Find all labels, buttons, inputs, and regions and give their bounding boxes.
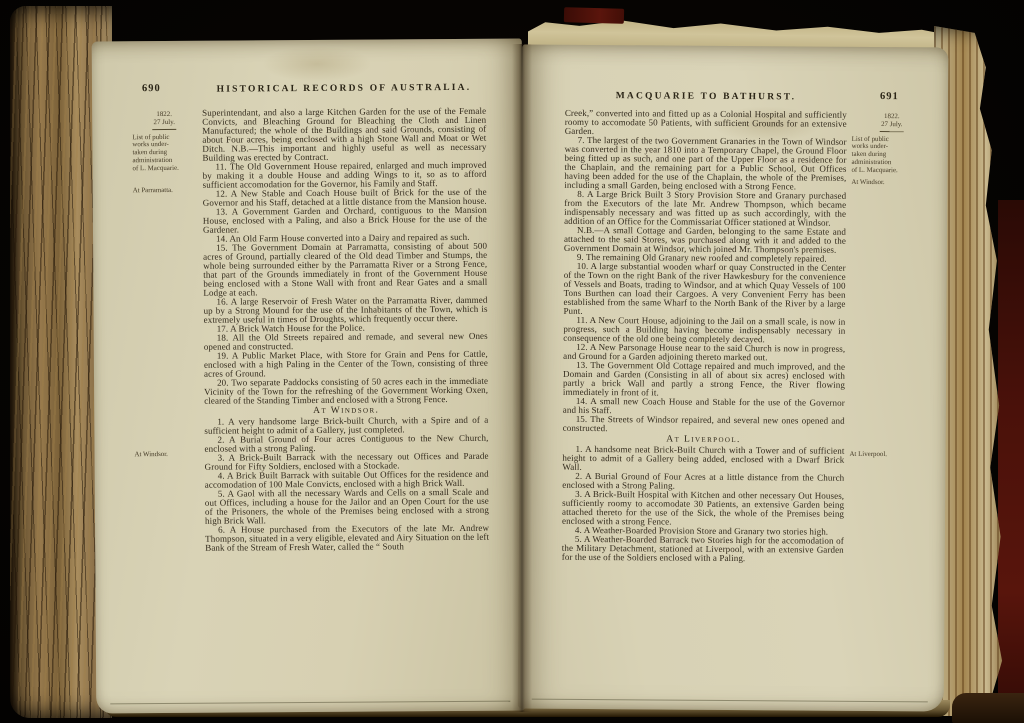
paragraph: 5. A Weather-Boarded Barrack two Stories…: [562, 535, 844, 564]
book-cover-headband: [564, 7, 624, 24]
margin-location-windsor: At Windsor.: [135, 451, 168, 458]
margin-date: 1822.27 July.: [132, 111, 196, 127]
right-page: 691 MACQUARIE TO BATHURST. 1822.27 July.…: [518, 45, 949, 712]
left-page: 690 HISTORICAL RECORDS OF AUSTRALIA. 182…: [92, 39, 527, 714]
paragraph: 3. A Brick-Built Hospital with Kitchen a…: [562, 490, 844, 528]
margin-note-line: of L. Macquarie.: [133, 165, 197, 173]
paragraph: 5. A Gaol with all the necessary Wards a…: [205, 488, 489, 526]
margin-location-parramatta: At Parramatta.: [133, 187, 173, 194]
margin-rule: [152, 129, 176, 130]
margin-note-line: 27 July.: [132, 119, 196, 127]
margin-notes-right: 1822.27 July. List of publicworks under-…: [851, 113, 931, 175]
paragraph: 20. Two separate Paddocks consisting of …: [204, 377, 488, 406]
paragraph: Superintendant, and also a large Kitchen…: [202, 107, 486, 163]
page-body-left: Superintendant, and also a large Kitchen…: [202, 107, 489, 553]
page-number-right: 691: [880, 91, 899, 102]
paragraph: 8. A Large Brick Built 3 Story Provision…: [564, 190, 846, 228]
paragraph: 11. A New Court House, adjoining to the …: [563, 316, 845, 345]
paragraph: 15. The Government Domain at Parramatta,…: [203, 242, 487, 298]
page-body-right: Creek,” converted into and fitted up as …: [562, 109, 847, 564]
margin-note-line: 27 July.: [852, 121, 932, 129]
running-header-right: MACQUARIE TO BATHURST.: [565, 91, 847, 103]
book-photograph: { "photo": { "background_color": "#06040…: [0, 0, 1024, 723]
paragraph: 15. The Streets of Windsor repaired, and…: [563, 415, 845, 435]
paragraph: 13. The Government Old Cottage repaired …: [563, 361, 845, 399]
paragraph: 1. A handsome neat Brick-Built Church wi…: [562, 445, 844, 474]
margin-date: 1822.27 July.: [852, 113, 932, 129]
paragraph: 11. The Old Government House repaired, e…: [203, 161, 487, 190]
paragraph: 16. A large Reservoir of Fresh Water on …: [203, 296, 487, 325]
running-header-left: HISTORICAL RECORDS OF AUSTRALIA.: [202, 83, 486, 95]
book-cover-bottom-right: [952, 693, 1024, 723]
margin-note: List of publicworks under-taken duringad…: [132, 133, 196, 172]
paragraph: N.B.—A small Cottage and Garden, belongi…: [564, 226, 846, 255]
paragraph: 10. A large substantial wooden wharf or …: [563, 262, 845, 318]
margin-location-liverpool: At Liverpool.: [849, 451, 887, 458]
paragraph: 19. A Public Market Place, with Store fo…: [204, 350, 488, 379]
margin-location-windsor: At Windsor.: [851, 179, 884, 186]
margin-note-line: of L. Macquarie.: [851, 167, 931, 175]
paragraph: 7. The largest of the two Government Gra…: [564, 136, 846, 192]
paragraph: 6. A House purchased from the Executors …: [205, 524, 489, 553]
book-cover-right-edge: [998, 200, 1024, 723]
margin-notes-left: 1822.27 July. List of publicworks under-…: [132, 111, 196, 173]
margin-note: List of publicworks under-taken duringad…: [851, 135, 931, 175]
paragraph: 13. A Government Garden and Orchard, con…: [203, 206, 487, 235]
page-stain: [262, 46, 372, 83]
page-number-left: 690: [142, 83, 161, 94]
paragraph: Creek,” converted into and fitted up as …: [565, 109, 847, 138]
margin-rule: [880, 131, 904, 132]
